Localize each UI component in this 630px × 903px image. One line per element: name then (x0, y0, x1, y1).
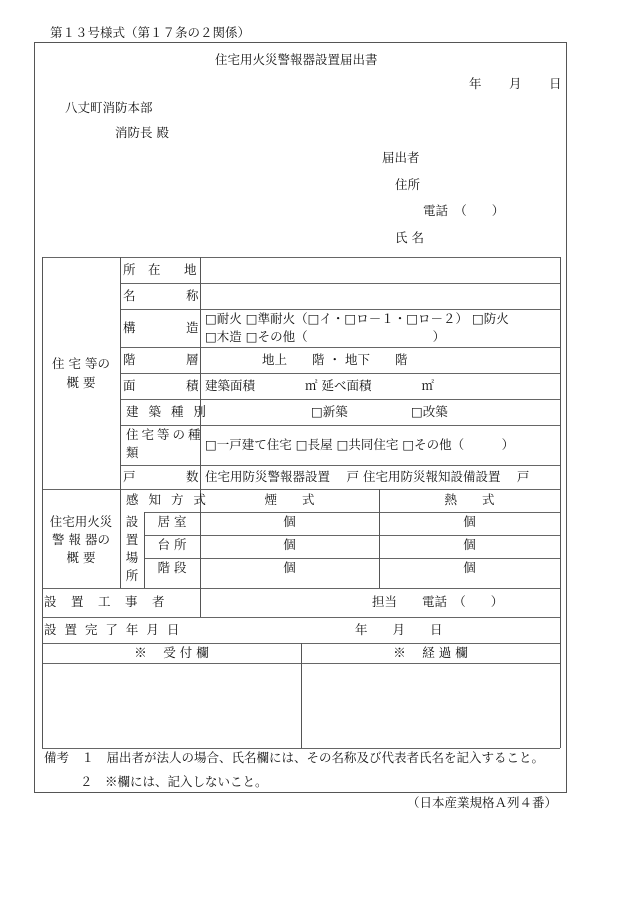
label-units-c: 数 (186, 471, 199, 484)
place-stairs: 階 段 (144, 562, 200, 575)
section1-label-2: 概 要 (42, 377, 120, 390)
smoke-header: 煙 式 (200, 494, 379, 507)
notifier-label: 届出者 (382, 152, 420, 165)
label-build-type: 建 築 種 別 (126, 406, 209, 419)
place-label-3: 場 (120, 552, 144, 565)
label-floors-a: 階 (123, 354, 136, 367)
building-name-field[interactable] (204, 287, 558, 307)
label-detection: 感 知 方 式 (126, 494, 209, 507)
place-living-room: 居 室 (144, 516, 200, 529)
progress-box (303, 665, 558, 746)
stairs-smoke-count[interactable]: 個 (200, 562, 379, 575)
housing-type-options[interactable]: □一戸建て住宅 □長屋 □共同住宅 □その他（ ） (205, 439, 514, 452)
area-value[interactable]: 建築面積 ㎡ 延べ面積 ㎡ (205, 380, 434, 393)
heat-header: 熱 式 (379, 494, 560, 507)
remark-2: ２ ※欄には、記入しないこと。 (80, 776, 268, 789)
section2-label-2: 警 報 器の (42, 534, 120, 547)
notifier-name: 氏 名 (395, 232, 424, 245)
kitchen-smoke-count[interactable]: 個 (200, 539, 379, 552)
reception-box (44, 665, 299, 746)
label-installer: 設 置 工 事 者 (44, 596, 166, 609)
addressee-chief: 消防長 殿 (115, 127, 169, 140)
living-smoke-count[interactable]: 個 (200, 516, 379, 529)
completion-date-value[interactable]: 年 月 日 (355, 624, 443, 637)
kitchen-heat-count[interactable]: 個 (379, 539, 560, 552)
addressee-org: 八丈町消防本部 (65, 102, 153, 115)
label-structure-a: 構 (123, 322, 136, 335)
label-location-c: 地 (184, 264, 197, 277)
date-year: 年 (469, 78, 482, 91)
location-field[interactable] (204, 262, 558, 282)
place-label-4: 所 (120, 570, 144, 583)
structure-options-1[interactable]: □耐火 □準耐火（□イ・□ロ－１・□ロ－２） □防火 (205, 313, 509, 326)
label-area-c: 積 (186, 380, 199, 393)
section2-label-1: 住宅用火災 (42, 516, 120, 529)
section1-label-1: 住 宅 等の (42, 358, 120, 371)
date-day: 日 (549, 78, 562, 91)
units-value[interactable]: 住宅用防災警報器設置 戸 住宅用防災報知設備設置 戸 (205, 471, 529, 484)
form-number: 第１３号様式（第１７条の２関係） (50, 27, 250, 40)
place-kitchen: 台 所 (144, 539, 200, 552)
date-month: 月 (509, 78, 522, 91)
label-name-a: 名 (123, 290, 136, 303)
notifier-address: 住所 (395, 179, 420, 192)
build-type-new[interactable]: □新築 (311, 406, 348, 419)
footer-paper-size: （日本産業規格Ａ列４番） (407, 797, 557, 810)
label-location-b: 在 (148, 264, 161, 277)
label-units-a: 戸 (123, 471, 136, 484)
form-title: 住宅用火災警報器設置届出書 (215, 54, 378, 67)
reception-header: ※ 受 付 欄 (42, 647, 301, 660)
label-housing-type-1: 住宅等の種 (126, 429, 204, 442)
label-location-a: 所 (123, 264, 136, 277)
section2-label-3: 概 要 (42, 552, 120, 565)
floors-value[interactable]: 地上 階 ・ 地下 階 (262, 354, 407, 367)
label-housing-type-2: 類 (126, 447, 139, 460)
installer-value[interactable]: 担当 電話 （ ） (372, 596, 503, 609)
label-name-c: 称 (186, 290, 199, 303)
label-area-a: 面 (123, 380, 136, 393)
build-type-renovation[interactable]: □改築 (411, 406, 448, 419)
progress-header: ※ 経 過 欄 (301, 647, 560, 660)
place-label-2: 置 (120, 534, 144, 547)
notifier-phone: 電話 （ ） (423, 205, 504, 218)
living-heat-count[interactable]: 個 (379, 516, 560, 529)
structure-options-2[interactable]: □木造 □その他（ ） (205, 331, 445, 344)
label-structure-c: 造 (186, 322, 199, 335)
label-completion-date: 設 置 完 了 年 月 日 (44, 624, 181, 637)
remark-1: 備考 １ 届出者が法人の場合、氏名欄には、その名称及び代表者氏名を記入すること。 (44, 752, 544, 765)
stairs-heat-count[interactable]: 個 (379, 562, 560, 575)
place-label-1: 設 (120, 516, 144, 529)
label-floors-c: 層 (186, 354, 199, 367)
